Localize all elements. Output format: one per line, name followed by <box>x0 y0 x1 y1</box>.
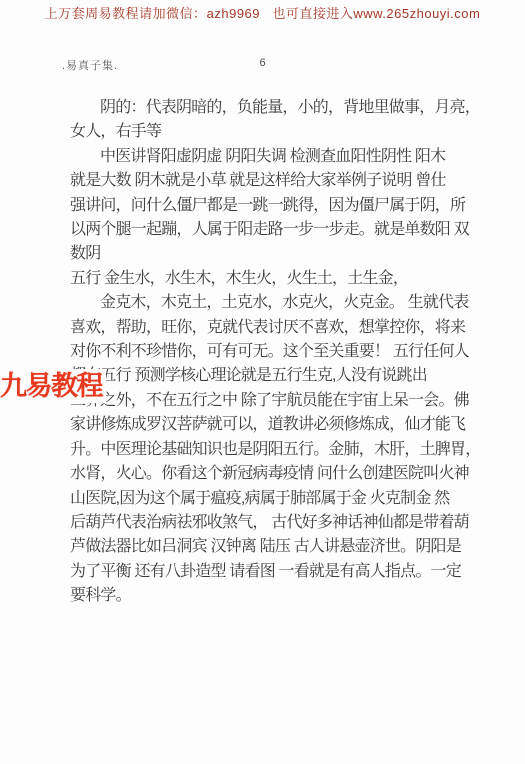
text-line: 阴的：代表阴暗的，负能量，小的，背地里做事，月亮， <box>70 96 510 120</box>
text-line: 芦做法器比如吕洞宾 汉钟离 陆压 古人讲悬壶济世。阴阳是 <box>70 535 510 559</box>
text-line: 女人，右手等 <box>70 120 510 144</box>
text-line: 五行 金生水，水生木，木生火，火生土，土生金， <box>70 267 510 291</box>
text-line: 升。中医理论基础知识也是阴阳五行。金肺，木肝，土脾胃， <box>70 438 510 462</box>
text-line: 山医院,因为这个属于瘟疫,病属于肺部属于金 火克制金 然 <box>70 487 510 511</box>
promo-text: 上万套周易教程请加微信：azh9969 也可直接进入www.265zhouyi.… <box>0 3 525 22</box>
text-line: 数阴 <box>70 242 510 266</box>
text-line: 家讲修炼成罗汉菩萨就可以，道教讲必须修炼成，仙才能飞 <box>70 413 510 437</box>
document-page: 上万套周易教程请加微信：azh9969 也可直接进入www.265zhouyi.… <box>0 0 525 764</box>
text-line: 强讲问，问什么僵尸都是一跳一跳得，因为僵尸属于阴，所 <box>70 194 510 218</box>
body-text: 阴的：代表阴暗的，负能量，小的，背地里做事，月亮，女人，右手等中医讲肾阳虚阴虚 … <box>70 96 510 609</box>
text-line: 都有五行 预测学核心理论就是五行生克,人没有说跳出 <box>70 364 510 388</box>
text-line: 喜欢，帮助，旺你，克就代表讨厌不喜欢，想掌控你，将来 <box>70 316 510 340</box>
text-line: 就是大数 阴木就是小草 就是这样给大家举例子说明 曾仕 <box>70 169 510 193</box>
watermark: 九易教程 <box>0 369 106 403</box>
text-line: 三界之外，不在五行之中 除了宇航员能在宇宙上呆一会。佛 <box>70 389 510 413</box>
text-line: 水肾，火心。你看这个新冠病毒疫情 问什么创建医院叫火神 <box>70 462 510 486</box>
text-line: 中医讲肾阳虚阴虚 阴阳失调 检测查血阳性阴性 阳木 <box>70 145 510 169</box>
text-line: 对你不利不珍惜你，可有可无。这个至关重要！ 五行任何人 <box>70 340 510 364</box>
text-line: 后葫芦代表治病祛邪收煞气， 古代好多神话神仙都是带着葫 <box>70 511 510 535</box>
text-line: 金克木，木克土，土克水，水克火，火克金。 生就代表 <box>70 291 510 315</box>
text-line: 要科学。 <box>70 584 510 608</box>
page-number: 6 <box>0 57 525 69</box>
text-line: 以两个腿一起蹦，人属于阳走路一步一步走。就是单数阳 双 <box>70 218 510 242</box>
text-line: 为了平衡 还有八卦造型 请看图 一看就是有高人指点。一定 <box>70 560 510 584</box>
